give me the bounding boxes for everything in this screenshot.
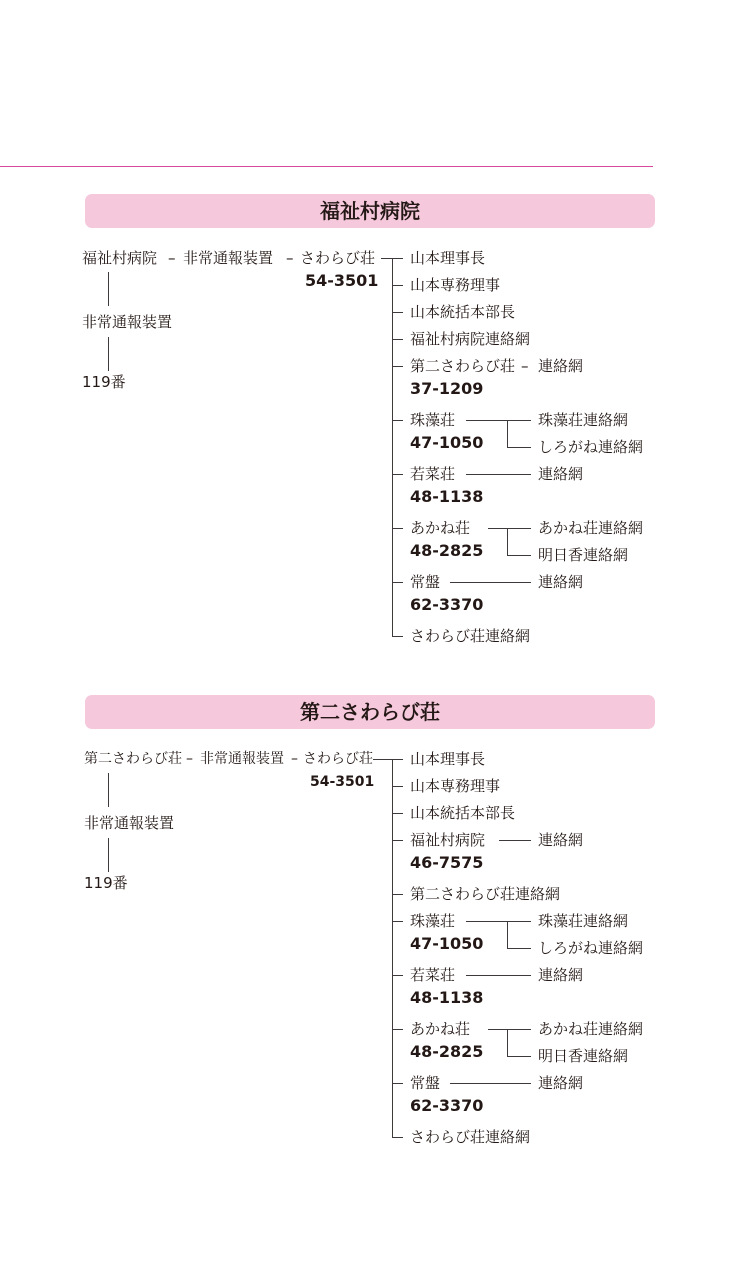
connector-line — [507, 555, 531, 556]
branch-label: 山本理事長 — [410, 750, 485, 768]
branch-label: 山本専務理事 — [410, 777, 500, 795]
branch-label: 山本統括本部長 — [410, 303, 515, 321]
dash: – — [186, 750, 193, 768]
target-label: 珠藻荘連絡網 — [538, 912, 628, 930]
target-label: 連絡網 — [538, 1074, 583, 1092]
connector-line — [108, 773, 109, 807]
target-label: あかね荘連絡網 — [538, 519, 643, 537]
connector-line — [392, 921, 403, 922]
connector-line — [488, 528, 531, 529]
target-label: 連絡網 — [538, 831, 583, 849]
branch-phone: 47-1050 — [410, 935, 483, 953]
alarm-device-label: 非常通報装置 — [84, 814, 174, 832]
dash: – — [521, 357, 529, 375]
branch-phone: 47-1050 — [410, 434, 483, 452]
relay-phone: 54-3501 — [305, 272, 378, 290]
branch-label: あかね荘 — [410, 519, 470, 537]
connector-line — [507, 921, 508, 948]
connector-line — [392, 840, 403, 841]
section-title-banner: 第二さわらび荘 — [85, 695, 655, 729]
connector-line — [507, 1056, 531, 1057]
target-label: 珠藻荘連絡網 — [538, 411, 628, 429]
connector-line — [392, 636, 403, 637]
connector-line — [392, 528, 403, 529]
connector-line — [392, 474, 403, 475]
target-label: 連絡網 — [538, 966, 583, 984]
branch-label: 第二さわらび荘 — [410, 357, 515, 375]
alarm-device-label: 非常通報装置 — [82, 313, 172, 331]
connector-line — [392, 339, 403, 340]
branch-phone: 48-2825 — [410, 542, 483, 560]
branch-phone: 48-2825 — [410, 1043, 483, 1061]
connector-line — [392, 312, 403, 313]
target-label: 連絡網 — [538, 573, 583, 591]
branch-phone: 62-3370 — [410, 1097, 483, 1115]
connector-line — [392, 420, 403, 421]
branch-label: さわらび荘連絡網 — [410, 627, 530, 645]
target-label: 明日香連絡網 — [538, 546, 628, 564]
branch-label: 珠藻荘 — [410, 411, 455, 429]
branch-label: 第二さわらび荘連絡網 — [410, 885, 560, 903]
branch-phone: 46-7575 — [410, 854, 483, 872]
connector-line — [392, 582, 403, 583]
connector-line — [499, 840, 531, 841]
emergency-119-label: 119番 — [84, 874, 128, 892]
branch-label: 福祉村病院 — [410, 831, 485, 849]
branch-label: 常盤 — [410, 1074, 440, 1092]
connector-line — [392, 1029, 403, 1030]
relay-phone: 54-3501 — [310, 773, 374, 791]
connector-line — [373, 759, 403, 760]
alarm-device-label: 非常通報装置 — [200, 750, 284, 768]
dash: – — [291, 750, 298, 768]
connector-line — [507, 948, 531, 949]
connector-line — [466, 474, 531, 475]
branch-phone: 62-3370 — [410, 596, 483, 614]
connector-line — [392, 786, 403, 787]
target-label: 連絡網 — [538, 357, 583, 375]
target-label: 明日香連絡網 — [538, 1047, 628, 1065]
branch-phone: 48-1138 — [410, 989, 483, 1007]
relay-label: さわらび荘 — [303, 750, 373, 768]
branch-label: さわらび荘連絡網 — [410, 1128, 530, 1146]
target-label: あかね荘連絡網 — [538, 1020, 643, 1038]
relay-label: さわらび荘 — [300, 249, 375, 267]
connector-line — [466, 921, 531, 922]
connector-line — [392, 285, 403, 286]
connector-line — [466, 420, 531, 421]
branch-label: 福祉村病院連絡網 — [410, 330, 530, 348]
connector-line — [392, 1083, 403, 1084]
connector-line — [488, 1029, 531, 1030]
connector-line — [507, 528, 508, 555]
connector-line — [466, 975, 531, 976]
branch-label: 山本専務理事 — [410, 276, 500, 294]
connector-line — [507, 420, 508, 447]
connector-line — [507, 1029, 508, 1056]
trunk-line — [392, 258, 393, 636]
branch-label: 山本統括本部長 — [410, 804, 515, 822]
connector-line — [507, 447, 531, 448]
branch-label: 常盤 — [410, 573, 440, 591]
emergency-119-label: 119番 — [82, 373, 126, 391]
top-divider-rule — [0, 166, 653, 167]
connector-line — [450, 582, 531, 583]
branch-label: 若菜荘 — [410, 966, 455, 984]
dash: – — [286, 249, 294, 267]
connector-line — [392, 1137, 403, 1138]
branch-label: 若菜荘 — [410, 465, 455, 483]
target-label: しろがね連絡網 — [538, 438, 643, 456]
target-label: 連絡網 — [538, 465, 583, 483]
alarm-device-label: 非常通報装置 — [183, 249, 273, 267]
connector-line — [392, 975, 403, 976]
connector-line — [392, 813, 403, 814]
connector-line — [108, 272, 109, 306]
connector-line — [108, 838, 109, 872]
branch-label: あかね荘 — [410, 1020, 470, 1038]
target-label: しろがね連絡網 — [538, 939, 643, 957]
branch-label: 山本理事長 — [410, 249, 485, 267]
branch-phone: 37-1209 — [410, 380, 483, 398]
connector-line — [450, 1083, 531, 1084]
connector-line — [108, 337, 109, 371]
connector-line — [392, 366, 403, 367]
trunk-line — [392, 759, 393, 1138]
section-title-banner: 福祉村病院 — [85, 194, 655, 228]
dash: – — [168, 249, 176, 267]
connector-line — [392, 894, 403, 895]
branch-phone: 48-1138 — [410, 488, 483, 506]
origin-label: 第二さわらび荘 — [84, 750, 182, 768]
branch-label: 珠藻荘 — [410, 912, 455, 930]
origin-label: 福祉村病院 — [82, 249, 157, 267]
